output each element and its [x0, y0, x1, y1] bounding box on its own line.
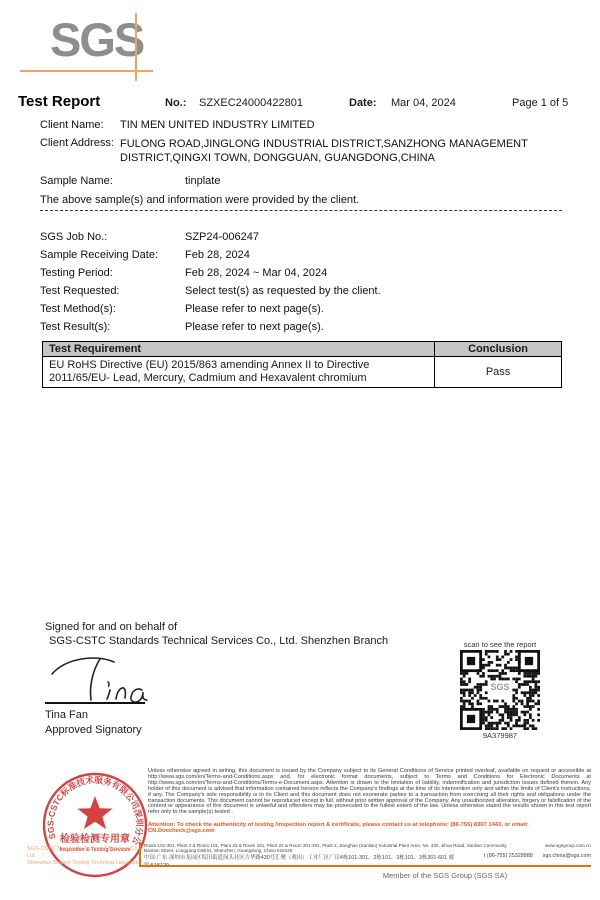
- test-methods-label: Test Method(s):: [40, 303, 116, 315]
- attention-notice: Attention: To check the authenticity of …: [148, 822, 591, 835]
- stamp-star-icon: [77, 796, 112, 829]
- page-number: Page 1 of 5: [512, 97, 568, 109]
- signatory-role: Approved Signatory: [45, 724, 142, 736]
- test-results-value: Please refer to next page(s).: [185, 321, 324, 333]
- signed-on-behalf-text: Signed for and on behalf of: [45, 621, 177, 633]
- testing-period-label: Testing Period:: [40, 267, 113, 279]
- table-row: EU RoHS Directive (EU) 2015/863 amending…: [43, 357, 562, 388]
- requirement-cell: EU RoHS Directive (EU) 2015/863 amending…: [43, 357, 435, 388]
- report-no-value: SZXEC24000422801: [199, 97, 303, 109]
- qr-center-sgs-label: SGS: [460, 682, 540, 692]
- receiving-date-label: Sample Receiving Date:: [40, 249, 158, 261]
- test-requested-value: Select test(s) as requested by the clien…: [185, 285, 381, 297]
- sgs-logo: SGS: [50, 12, 143, 67]
- report-date-value: Mar 04, 2024: [391, 97, 456, 109]
- address-row-cn: 中国·广东·深圳市龙岗区坂田街道岗头社区吉华路430号汇聚（观田）工业厂区厂房4…: [144, 853, 591, 869]
- stamp-cn-line: 检验检测专用章: [60, 832, 130, 845]
- address-english: Room 101-301, Plant 4 & Room 101, Plant …: [144, 843, 516, 853]
- phone-number: t (86-755) 25328888: [484, 853, 533, 869]
- receiving-date-value: Feb 28, 2024: [185, 249, 250, 261]
- job-no-label: SGS Job No.:: [40, 231, 107, 243]
- page-title: Test Report: [18, 93, 100, 110]
- sgs-member-note: Member of the SGS Group (SGS SA): [330, 871, 560, 880]
- terms-disclaimer: Unless otherwise agreed in writing, this…: [148, 769, 591, 816]
- sample-name-label: Sample Name:: [40, 175, 113, 187]
- footer-vertical-rule: [139, 842, 141, 867]
- client-address-label: Client Address:: [40, 137, 114, 149]
- qr-caption: scan to see the report: [452, 640, 548, 649]
- sample-name-value: tinplate: [185, 175, 220, 187]
- email-address: sgs.china@sgs.com: [543, 853, 591, 869]
- footer-horizontal-rule: [139, 865, 591, 867]
- qr-serial-number: 9A379987: [452, 731, 548, 740]
- test-requested-label: Test Requested:: [40, 285, 120, 297]
- conclusion-cell: Pass: [435, 357, 562, 388]
- report-date-label: Date:: [349, 97, 377, 109]
- test-report-page: SGS Test Report No.: SZXEC24000422801 Da…: [0, 0, 600, 900]
- footer-company-line2: Shenzhen Branch Testing Technical Labora…: [27, 860, 147, 867]
- signatory-name: Tina Fan: [45, 709, 88, 721]
- address-chinese: 中国·广东·深圳市龙岗区坂田街道岗头社区吉华路430号汇聚（观田）工业厂区厂房4…: [144, 853, 474, 869]
- testing-period-value: Feb 28, 2024 ~ Mar 04, 2024: [185, 267, 327, 279]
- website-url: www.sgsgroup.com.cn: [545, 843, 591, 853]
- test-methods-value: Please refer to next page(s).: [185, 303, 324, 315]
- client-name-value: TIN MEN UNITED INDUSTRY LIMITED: [120, 119, 315, 131]
- signing-company-text: SGS-CSTC Standards Technical Services Co…: [49, 635, 388, 647]
- col-header-conclusion: Conclusion: [435, 342, 562, 357]
- client-name-label: Client Name:: [40, 119, 104, 131]
- address-row-en: Room 101-301, Plant 4 & Room 101, Plant …: [144, 843, 591, 853]
- client-address-value: FULONG ROAD,JINGLONG INDUSTRIAL DISTRICT…: [120, 137, 565, 165]
- requirement-table: Test Requirement Conclusion EU RoHS Dire…: [42, 341, 562, 388]
- footer-company-name: SGS-CSTC Standards Technical Services Co…: [27, 846, 147, 867]
- provided-note: The above sample(s) and information were…: [40, 194, 359, 206]
- col-header-test-requirement: Test Requirement: [43, 342, 435, 357]
- table-header-row: Test Requirement Conclusion: [43, 342, 562, 357]
- footer-company-line1: SGS-CSTC Standards Technical Services Co…: [27, 846, 147, 860]
- signature-rule: [45, 702, 145, 704]
- report-no-label: No.:: [165, 97, 186, 109]
- test-results-label: Test Result(s):: [40, 321, 110, 333]
- job-no-value: SZP24-006247: [185, 231, 259, 243]
- logo-horizontal-rule: [20, 70, 153, 72]
- dashed-separator: [40, 210, 562, 211]
- handwritten-signature-image: [48, 652, 163, 704]
- logo-vertical-rule: [135, 13, 137, 81]
